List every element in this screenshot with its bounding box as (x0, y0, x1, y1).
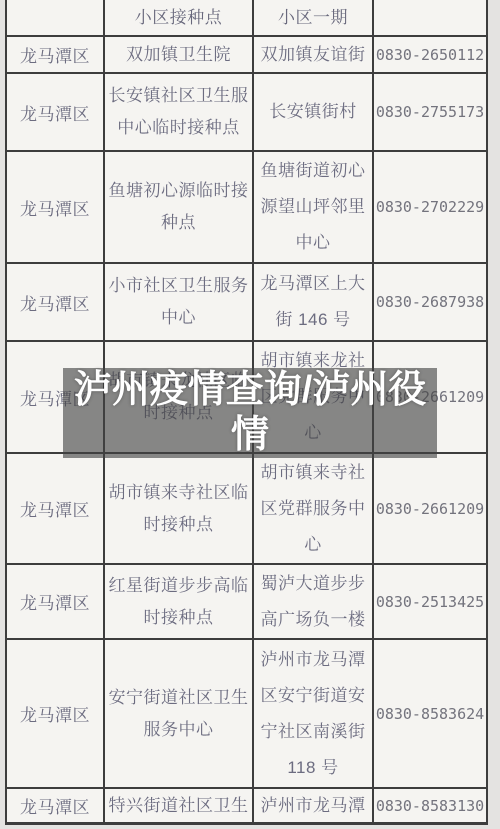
table-row: 龙马潭区 特兴街道社区卫生 泸州市龙马潭 0830-8583130 (7, 787, 486, 825)
address-cell: 鱼塘街道初心 源望山坪邻里 中心 (252, 152, 372, 262)
table-row: 龙马潭区 红星街道步步高临 时接种点 蜀泸大道步步 高广场负一楼 0830-25… (7, 563, 486, 638)
table-row: 龙马潭区 长安镇社区卫生服 中心临时接种点 长安镇街村 0830-2755173 (7, 72, 486, 150)
phone-cell: 0830-2513425 (372, 565, 486, 638)
district-cell: 龙马潭区 (7, 74, 103, 150)
watermark-text: 泸州疫情查询/泸州役 情 (74, 368, 427, 458)
table-row: 龙马潭区 安宁街道社区卫生 服务中心 泸州市龙马潭 区安宁街道安 宁社区南溪街 … (7, 638, 486, 787)
site-cell: 胡市镇来寺社区临 时接种点 (103, 454, 252, 563)
phone-cell: 0830-2755173 (372, 74, 486, 150)
site-cell: 红星街道步步高临 时接种点 (103, 565, 252, 638)
district-cell: 龙马潭区 (7, 454, 103, 563)
site-cell: 小市社区卫生服务 中心 (103, 264, 252, 340)
district-cell: 龙马潭区 (7, 789, 103, 822)
site-cell: 安宁街道社区卫生 服务中心 (103, 640, 252, 787)
district-cell: 龙马潭区 (7, 152, 103, 262)
district-cell: 龙马潭区 (7, 640, 103, 787)
district-cell: 龙马潭区 (7, 565, 103, 638)
phone-cell: 0830-8583624 (372, 640, 486, 787)
district-cell: 龙马潭区 (7, 264, 103, 340)
site-cell: 双加镇卫生院 (103, 37, 252, 72)
address-cell: 泸州市龙马潭 区安宁街道安 宁社区南溪街 118 号 (252, 640, 372, 787)
table-row: 龙马潭区 双加镇卫生院 双加镇友谊街 0830-2650112 (7, 35, 486, 72)
address-cell: 龙马潭区上大 街 146 号 (252, 264, 372, 340)
address-cell: 双加镇友谊街 (252, 37, 372, 72)
phone-cell: 0830-8583130 (372, 789, 486, 822)
address-cell: 长安镇街村 (252, 74, 372, 150)
district-cell: 龙马潭区 (7, 37, 103, 72)
table-row: 龙马潭区 小市社区卫生服务 中心 龙马潭区上大 街 146 号 0830-268… (7, 262, 486, 340)
header-district (7, 0, 103, 35)
phone-cell: 0830-2661209 (372, 454, 486, 563)
header-site: 小区接种点 (103, 0, 252, 35)
address-cell: 胡市镇来寺社 区党群服务中 心 (252, 454, 372, 563)
site-cell: 长安镇社区卫生服 中心临时接种点 (103, 74, 252, 150)
site-cell: 鱼塘初心源临时接 种点 (103, 152, 252, 262)
site-cell: 特兴街道社区卫生 (103, 789, 252, 822)
table-row: 龙马潭区 胡市镇来寺社区临 时接种点 胡市镇来寺社 区党群服务中 心 0830-… (7, 452, 486, 563)
phone-cell: 0830-2687938 (372, 264, 486, 340)
watermark-overlay: 泸州疫情查询/泸州役 情 (63, 368, 437, 458)
phone-cell: 0830-2650112 (372, 37, 486, 72)
address-cell: 蜀泸大道步步 高广场负一楼 (252, 565, 372, 638)
screenshot-page: 小区接种点 小区一期 龙马潭区 双加镇卫生院 双加镇友谊街 0830-26501… (0, 0, 500, 829)
header-phone (372, 0, 486, 35)
header-address: 小区一期 (252, 0, 372, 35)
phone-cell: 0830-2702229 (372, 152, 486, 262)
table-row: 龙马潭区 鱼塘初心源临时接 种点 鱼塘街道初心 源望山坪邻里 中心 0830-2… (7, 150, 486, 262)
address-cell: 泸州市龙马潭 (252, 789, 372, 822)
table-header-row: 小区接种点 小区一期 (7, 0, 486, 35)
